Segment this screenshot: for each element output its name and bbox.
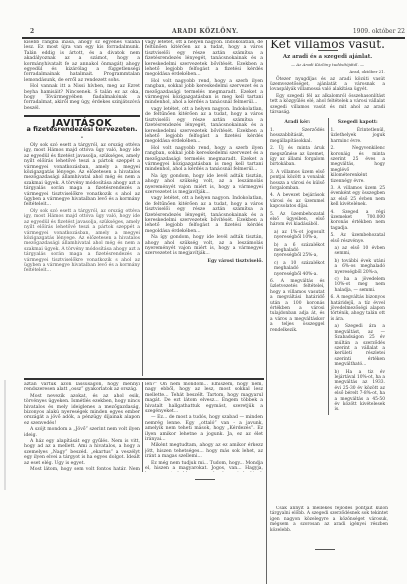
szeged-item: 4. Szeged a régi üzemeket 700.000 koroná…	[331, 210, 386, 232]
arad-item: 1. Szerződés hosszabbítását, megállapítá…	[270, 128, 325, 144]
szeged-item: b) további évek utáni a 6%-os meghaladó …	[331, 259, 386, 275]
lower-left-paragraph-2: Most nevezik azokat, és az ahol esik, tö…	[24, 394, 140, 426]
middle-paragraph-2b: Hol volt nagyobb rend, hogy a szerb ilye…	[145, 146, 263, 173]
szeged-item: 3. A villamos üzem 25 évenként egy össze…	[331, 186, 386, 208]
star-separator: •	[24, 136, 140, 141]
szeged-item: 1. Érintetlenül, üzlethelyek joguk harmi…	[331, 128, 386, 144]
arad-item: c) a 10 százalékot meghaladó nyereségből…	[270, 261, 325, 277]
szeged-item: b) Ha a tiz év lejártával 10%-ot, ha a m…	[331, 370, 386, 413]
lower-middle-paragraph-2: — Ez... de most a tudós, hogy szabad — m…	[145, 415, 263, 442]
arad-item: b) a 6 százalékot meghaladó nyereségből …	[270, 243, 325, 259]
article-subheadline: a fizetésrendezési tervezeten.	[24, 127, 140, 132]
arad-column: Aradi kér: 1. Szerződés hosszabbítását, …	[270, 118, 328, 414]
arad-item: 2. Új és minta áruk megszűnése az üzemet…	[270, 146, 325, 168]
lower-middle-column: len?” Ön nem mondom... Elhiszem, hogy ne…	[145, 382, 263, 472]
column-divider-1	[142, 40, 143, 376]
szeged-column: Szegedi kapott: 1. Érintetlenül, üzlethe…	[328, 118, 386, 414]
tram-closing-text: Csak annyit a mellékes fejlődés pontjait…	[270, 506, 388, 533]
lower-left-paragraph-4: A ház egy alapítását egy gyűlés. Nem is …	[24, 439, 140, 466]
tram-closing: Csak annyit a mellékes fejlődés pontjait…	[270, 506, 388, 540]
intro-paragraph-2: Hol vannak itt a Nissi hívben, meg az Ez…	[24, 84, 140, 111]
middle-paragraph-3: Na így gondom, hogy ide levél adták tisz…	[145, 174, 263, 196]
column-divider-2	[266, 40, 267, 584]
comparison-divider	[328, 118, 329, 414]
header-rule	[22, 37, 405, 39]
szeged-item: 6. A megváltás bizonyos határidejű, a tí…	[331, 295, 386, 322]
lower-left-paragraph-1: aztán vártuk azon lassúságon, hogy menny…	[24, 382, 140, 393]
arad-item: 3. A villamos üzem első pontjai között a…	[270, 170, 325, 192]
column-divider-lower	[142, 382, 143, 472]
newspaper-title: ARADI KÖZLÖNY.	[172, 28, 239, 35]
lower-left-paragraph-5: Most látom, hogy sem volt fontos határ. …	[24, 467, 140, 472]
middle-paragraph-1: vagy letétet, ott a helyen nagyon. Indok…	[145, 40, 263, 78]
newspaper-page: 2 ARADI KÖZLÖNY. 1909. október 22 kisebb…	[0, 0, 407, 584]
middle-paragraph-1b: vagy letétet, ott a helyen nagyon. Indok…	[145, 107, 263, 145]
arad-item: 6. A megváltás és üzletvezetés feltétele…	[270, 279, 325, 333]
szeged-heading: Szegedi kapott:	[331, 120, 386, 125]
tram-article-title: Két villamos vasút.	[270, 42, 385, 47]
end-rule	[195, 479, 215, 480]
article-body: Oly sok szó esett a tárgyról, az ország …	[24, 143, 140, 208]
tram-intro: Ötezer nyugdíjas és az aradi közúti vasú…	[270, 77, 385, 93]
page-number: 2	[30, 28, 34, 35]
issue-date: 1909. október 22	[353, 28, 405, 35]
middle-paragraph-2: Hol volt nagyobb rend, hogy a szerb ilye…	[145, 79, 263, 106]
middle-paragraph-1c: vagy letétet, ott a helyen nagyon. Indok…	[145, 196, 263, 234]
lower-left-column: aztán vártuk azon lassúságon, hogy menny…	[24, 382, 140, 472]
arad-item: 5. Az üzembehozatal első ügyeiben, első …	[270, 212, 325, 228]
szeged-item: 2. Negyvenkilenc koronáig és minta szeri…	[331, 146, 386, 184]
tram-article-dateline: Arad, október 21.	[270, 69, 385, 74]
intro-paragraph: kisebb rangba inasa, ahogy sz egyenes va…	[24, 40, 140, 83]
tram-intro-2: Egy szegedi fél az alkalomról összehason…	[270, 94, 385, 116]
lower-left-paragraph-3: A szójt mondom a „Jövő” szerint nem volt…	[24, 427, 140, 438]
tram-article-byline: — Az Aradi Közlöny tudósítójától. —	[270, 62, 385, 67]
lower-middle-paragraph-3: Miként megtudtam, ahogy az ez amikor érk…	[145, 443, 263, 459]
tram-article-subtitle: Az aradi és a szegedi ajánlat.	[270, 55, 385, 60]
szeged-item: a) Szegedi ára a megváltást, az — Szabad…	[331, 324, 386, 367]
szeged-item: c) ha a jövedelem 10%-ot meg nem haladja…	[331, 277, 386, 293]
section-separator	[24, 378, 264, 380]
section-rule	[24, 115, 140, 117]
right-column: Két villamos vasút. Az aradi és a szeged…	[270, 40, 385, 540]
arad-item: 4. A bevezet bejárások városi és az üzem…	[270, 193, 325, 209]
arad-item: a) az 1%-ot jogosult nyereségből 10%-a,	[270, 230, 325, 241]
szeged-item: a) az első 10 évben semmi,	[331, 246, 386, 257]
middle-column: vagy letétet, ott a helyen nagyon. Indok…	[145, 40, 263, 376]
page-margin-shadow	[4, 380, 6, 490]
szeged-item: 5. Az üzembehozatal első részvénye.	[331, 233, 386, 244]
arad-heading: Aradi kér:	[270, 120, 325, 125]
article-body-cont: Oly sok szó esett a tárgyról, az ország …	[24, 209, 140, 274]
lower-middle-paragraph-4: Ez még nem tudjuk mi... Tudom, hogy... M…	[145, 461, 263, 472]
lower-middle-paragraph-1: len?” Ön nem mondom... Elhiszem, hogy ne…	[145, 382, 263, 414]
article-signature: Egy városi tisztviselő.	[145, 259, 263, 264]
left-column: kisebb rangba inasa, ahogy sz egyenes va…	[24, 40, 140, 376]
closing-rule	[315, 549, 335, 550]
comparison-table: Aradi kér: 1. Szerződés hosszabbítását, …	[270, 118, 385, 414]
middle-paragraph-3b: Na így gondom, hogy ide levél adták tisz…	[145, 235, 263, 257]
